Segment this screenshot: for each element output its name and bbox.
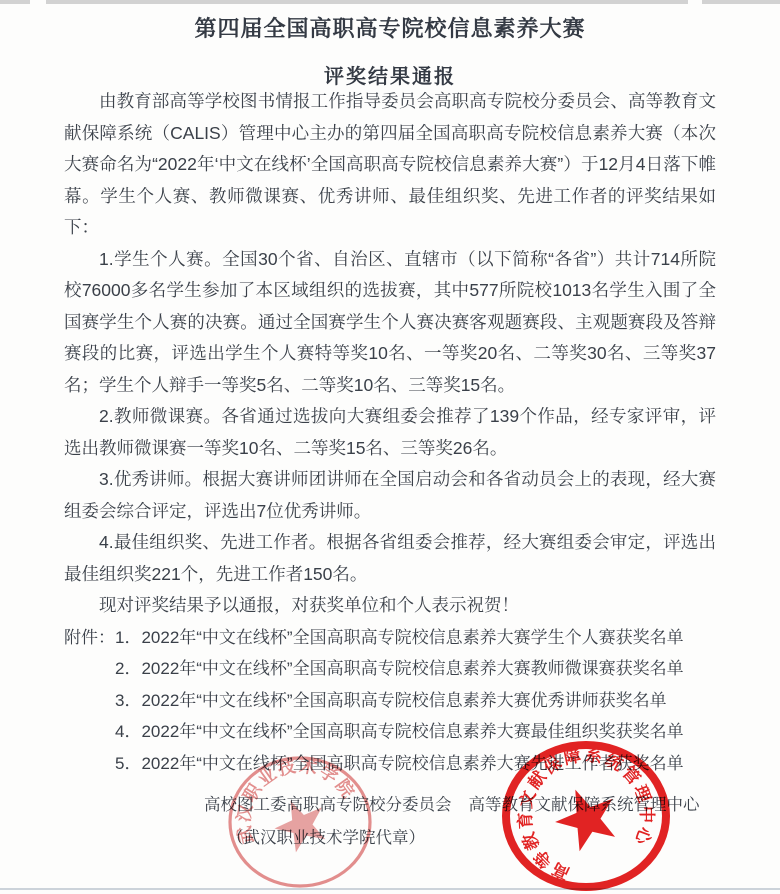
attachment-item-4: 4．2022年“中文在线杯”全国高职高专院校信息素养大赛最佳组织奖获奖名单 [115,716,716,748]
signature-note: （武汉职业技术学院代章） [227,823,425,854]
attachment-item-1: 1．2022年“中文在线杯”全国高职高专院校信息素养大赛学生个人赛获奖名单 [115,622,716,654]
signature-org-right: 高等教育文献保障系统管理中心 [469,790,700,821]
attachment-item-2: 2．2022年“中文在线杯”全国高职高专院校信息素养大赛教师微课赛获奖名单 [115,653,716,685]
paragraph-item-3: 3.优秀讲师。根据大赛讲师团讲师在全国启动会和各省动员会上的表现，经大赛组委会综… [64,464,716,527]
paragraph-intro: 由教育部高等学校图书情报工作指导委员会高职高专院校分委员会、高等教育文献保障系统… [64,86,716,244]
scan-edge-notch [688,0,702,4]
scan-edge-bottom [0,888,780,890]
attachments-label: 附件： [64,622,115,654]
paragraph-item-1: 1.学生个人赛。全国30个省、自治区、直辖市（以下简称“各省”）共计714所院校… [64,244,716,402]
document-body: 由教育部高等学校图书情报工作指导委员会高职高专院校分委员会、高等教育文献保障系统… [64,86,716,779]
attachments-block: 附件： 1．2022年“中文在线杯”全国高职高专院校信息素养大赛学生个人赛获奖名… [64,622,716,780]
signature-org-left: 高校图工委高职高专院校分委员会 [204,790,452,821]
signature-row: 高校图工委高职高专院校分委员会 高等教育文献保障系统管理中心 [204,790,700,821]
attachment-item-5: 5．2022年“中文在线杯”全国高职高专院校信息素养大赛先进工作者获奖名单 [115,748,716,780]
attachment-item-3: 3．2022年“中文在线杯”全国高职高专院校信息素养大赛优秀讲师获奖名单 [115,685,716,717]
paragraph-item-4: 4.最佳组织奖、先进工作者。根据各省组委会推荐，经大赛组委会审定，评选出最佳组织… [64,527,716,590]
scan-edge-notch [30,0,46,4]
paragraph-item-2: 2.教师微课赛。各省通过选拔向大赛组委会推荐了139个作品，经专家评审，评选出教… [64,401,716,464]
attachments-list: 1．2022年“中文在线杯”全国高职高专院校信息素养大赛学生个人赛获奖名单 2．… [115,622,716,780]
paragraph-congrats: 现对评奖结果予以通报，对获奖单位和个人表示祝贺！ [64,590,716,622]
title-block: 第四届全国高职高专院校信息素养大赛 评奖结果通报 [0,0,780,89]
scanned-notice-page: 第四届全国高职高专院校信息素养大赛 评奖结果通报 由教育部高等学校图书情报工作指… [0,0,780,894]
document-subtitle: 评奖结果通报 [0,43,780,89]
document-title: 第四届全国高职高专院校信息素养大赛 [0,0,780,43]
scan-edge-top [0,0,780,4]
